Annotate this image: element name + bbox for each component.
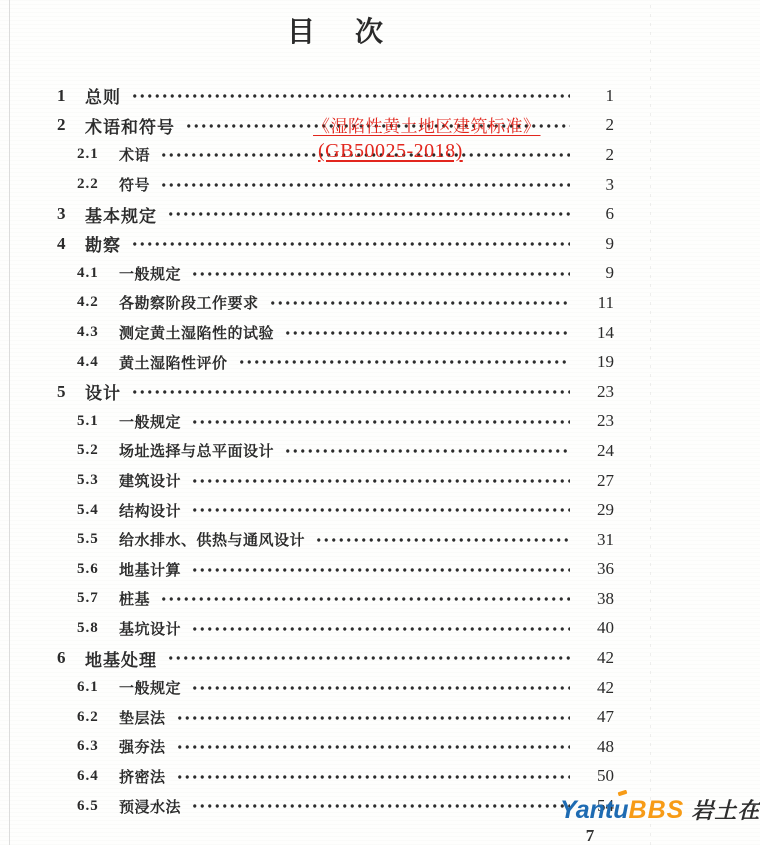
toc-entry-number: 2 <box>57 115 85 135</box>
toc-row: 4.2各勘察阶段工作要求11 <box>0 288 614 318</box>
dotted-leader <box>284 436 570 466</box>
dotted-leader <box>315 525 570 555</box>
dotted-leader <box>176 762 570 792</box>
toc-row: 2术语和符号2 <box>0 111 614 141</box>
toc-entry-number: 4.2 <box>77 294 119 311</box>
dotted-leader <box>191 673 570 703</box>
dotted-leader <box>160 140 570 170</box>
toc-entry-title: 符号 <box>119 174 150 195</box>
toc-entry-page: 36 <box>578 559 614 579</box>
toc-row: 2.1术语2 <box>0 140 614 170</box>
toc-entry-number: 6.2 <box>77 709 119 726</box>
dotted-leader <box>191 407 570 437</box>
toc-row: 3基本规定6 <box>0 199 614 229</box>
toc-entry-number: 4.4 <box>77 354 119 371</box>
logo-text-yantu: Yantu <box>560 796 629 825</box>
dotted-leader <box>191 495 570 525</box>
toc-entry-page: 9 <box>578 263 614 283</box>
dotted-leader <box>167 643 570 673</box>
dotted-leader <box>167 199 570 229</box>
toc-entry-page: 9 <box>578 234 614 254</box>
toc-entry-page: 31 <box>578 530 614 550</box>
toc-entry-title: 预浸水法 <box>119 796 181 817</box>
toc-entry-number: 5.6 <box>77 561 119 578</box>
toc-entry-title: 桩基 <box>119 588 150 609</box>
dotted-leader <box>131 229 570 259</box>
dotted-leader <box>160 584 570 614</box>
toc-row: 6.1一般规定42 <box>0 673 614 703</box>
toc-list: 1总则12术语和符号22.1术语22.2符号33基本规定64勘察94.1一般规定… <box>0 81 614 821</box>
toc-entry-number: 5.5 <box>77 531 119 548</box>
toc-entry-title: 一般规定 <box>119 677 181 698</box>
toc-row: 5.6地基计算36 <box>0 555 614 585</box>
page-title: 目 次 <box>287 10 389 50</box>
toc-entry-page: 27 <box>578 471 614 491</box>
dotted-leader <box>176 702 570 732</box>
toc-row: 5.5给水排水、供热与通风设计31 <box>0 525 614 555</box>
dotted-leader <box>284 318 570 348</box>
toc-entry-title: 术语 <box>119 144 150 165</box>
toc-entry-page: 50 <box>578 766 614 786</box>
toc-entry-title: 基坑设计 <box>119 618 181 639</box>
toc-entry-page: 23 <box>578 411 614 431</box>
toc-row: 5.8基坑设计40 <box>0 614 614 644</box>
toc-entry-page: 29 <box>578 500 614 520</box>
toc-entry-title: 术语和符号 <box>85 113 175 138</box>
toc-row: 4.1一般规定9 <box>0 259 614 289</box>
toc-entry-page: 11 <box>578 293 614 313</box>
document-page: 目 次 1总则12术语和符号22.1术语22.2符号33基本规定64勘察94.1… <box>0 0 760 845</box>
toc-entry-number: 5.2 <box>77 442 119 459</box>
toc-entry-page: 3 <box>578 175 614 195</box>
toc-entry-number: 5.4 <box>77 502 119 519</box>
toc-entry-number: 2.2 <box>77 176 119 193</box>
toc-entry-page: 47 <box>578 707 614 727</box>
toc-entry-title: 垫层法 <box>119 707 166 728</box>
dotted-leader <box>238 347 570 377</box>
toc-row: 6.2垫层法47 <box>0 702 614 732</box>
dotted-leader <box>131 81 570 111</box>
toc-entry-title: 勘察 <box>85 231 121 256</box>
toc-entry-title: 黄土湿陷性评价 <box>119 352 228 373</box>
toc-entry-number: 2.1 <box>77 146 119 163</box>
toc-row: 1总则1 <box>0 81 614 111</box>
toc-entry-number: 5.1 <box>77 413 119 430</box>
toc-entry-number: 6.5 <box>77 798 119 815</box>
toc-row: 2.2符号3 <box>0 170 614 200</box>
dotted-leader <box>191 791 570 821</box>
toc-row: 4.4黄土湿陷性评价19 <box>0 347 614 377</box>
scan-artifact-right-line <box>650 0 651 845</box>
toc-entry-page: 48 <box>578 737 614 757</box>
dotted-leader <box>131 377 570 407</box>
toc-row: 5.1一般规定23 <box>0 407 614 437</box>
toc-entry-title: 一般规定 <box>119 263 181 284</box>
logo-text-chinese: 岩土在线 <box>691 794 760 825</box>
dotted-leader <box>160 170 570 200</box>
toc-entry-page: 6 <box>578 204 614 224</box>
toc-entry-number: 1 <box>57 86 85 106</box>
yantubbs-logo: Yantu BBS 岩土在线 <box>560 794 760 825</box>
toc-entry-page: 23 <box>578 382 614 402</box>
toc-entry-title: 结构设计 <box>119 500 181 521</box>
toc-entry-title: 给水排水、供热与通风设计 <box>119 529 305 550</box>
page-number: 7 <box>578 826 602 845</box>
toc-entry-title: 各勘察阶段工作要求 <box>119 292 259 313</box>
toc-row: 4勘察9 <box>0 229 614 259</box>
toc-entry-title: 总则 <box>85 83 121 108</box>
toc-row: 4.3测定黄土湿陷性的试验14 <box>0 318 614 348</box>
toc-entry-page: 42 <box>578 678 614 698</box>
toc-entry-number: 6 <box>57 648 85 668</box>
toc-row: 5.4结构设计29 <box>0 495 614 525</box>
toc-entry-number: 6.4 <box>77 768 119 785</box>
toc-entry-title: 一般规定 <box>119 411 181 432</box>
dotted-leader <box>185 111 570 141</box>
toc-entry-title: 测定黄土湿陷性的试验 <box>119 322 274 343</box>
toc-entry-page: 40 <box>578 618 614 638</box>
toc-entry-page: 19 <box>578 352 614 372</box>
dotted-leader <box>176 732 570 762</box>
toc-row: 5.7桩基38 <box>0 584 614 614</box>
toc-entry-number: 4.3 <box>77 324 119 341</box>
toc-entry-title: 设计 <box>85 379 121 404</box>
toc-entry-page: 1 <box>578 86 614 106</box>
toc-row: 6地基处理42 <box>0 643 614 673</box>
toc-entry-page: 2 <box>578 115 614 135</box>
toc-entry-page: 38 <box>578 589 614 609</box>
toc-entry-title: 强夯法 <box>119 736 166 757</box>
dotted-leader <box>191 466 570 496</box>
dotted-leader <box>191 259 570 289</box>
toc-entry-title: 地基处理 <box>85 646 157 671</box>
toc-row: 6.3强夯法48 <box>0 732 614 762</box>
toc-entry-page: 14 <box>578 323 614 343</box>
toc-entry-number: 4.1 <box>77 265 119 282</box>
toc-entry-page: 2 <box>578 145 614 165</box>
toc-entry-number: 5 <box>57 382 85 402</box>
toc-row: 5.3建筑设计27 <box>0 466 614 496</box>
toc-entry-number: 5.3 <box>77 472 119 489</box>
toc-row: 6.5预浸水法54 <box>0 791 614 821</box>
dotted-leader <box>269 288 570 318</box>
toc-entry-title: 场址选择与总平面设计 <box>119 440 274 461</box>
toc-entry-number: 6.1 <box>77 679 119 696</box>
toc-entry-number: 5.7 <box>77 590 119 607</box>
toc-entry-title: 挤密法 <box>119 766 166 787</box>
toc-entry-number: 4 <box>57 234 85 254</box>
toc-entry-title: 建筑设计 <box>119 470 181 491</box>
toc-row: 6.4挤密法50 <box>0 762 614 792</box>
toc-entry-title: 基本规定 <box>85 202 157 227</box>
logo-text-bbs: BBS <box>629 796 685 825</box>
toc-row: 5设计23 <box>0 377 614 407</box>
toc-row: 5.2场址选择与总平面设计24 <box>0 436 614 466</box>
dotted-leader <box>191 555 570 585</box>
dotted-leader <box>191 614 570 644</box>
toc-entry-page: 24 <box>578 441 614 461</box>
toc-entry-number: 3 <box>57 204 85 224</box>
toc-entry-number: 6.3 <box>77 738 119 755</box>
toc-entry-page: 42 <box>578 648 614 668</box>
toc-entry-number: 5.8 <box>77 620 119 637</box>
toc-entry-title: 地基计算 <box>119 559 181 580</box>
